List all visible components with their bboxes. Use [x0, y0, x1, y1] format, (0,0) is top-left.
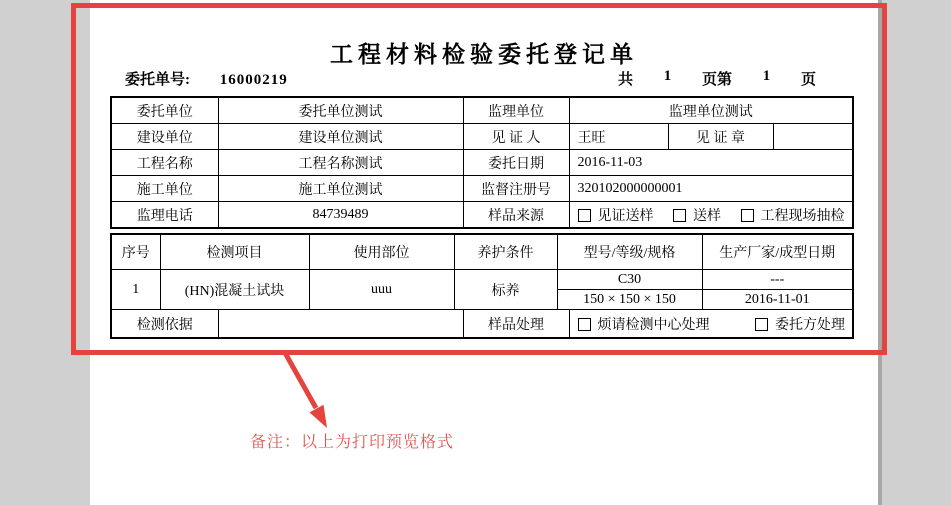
annotation-highlight-box	[71, 3, 887, 355]
annotation-arrow-icon	[270, 345, 340, 435]
print-preview-screen: 工程材料检验委托登记单 委托单号: 16000219 共 1 页第 1 页 委托…	[0, 0, 951, 505]
note-text: 备注：以上为打印预览格式	[250, 429, 454, 452]
